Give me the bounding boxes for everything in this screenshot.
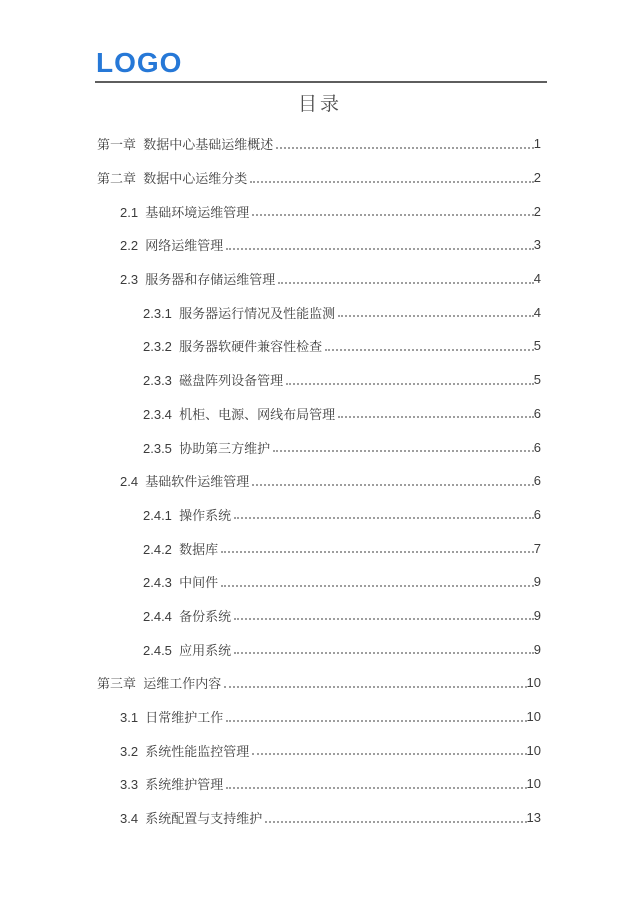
- toc-list: 第一章 数据中心基础运维概述 1 第二章 数据中心运维分类 2 2.1 基础环境…: [97, 127, 541, 834]
- toc-entry-page: 2: [534, 204, 541, 219]
- toc-dot-leader: [273, 450, 534, 452]
- toc-dot-leader: [234, 517, 534, 519]
- toc-entry-label: 2.3.1 服务器运行情况及性能监测: [143, 303, 335, 322]
- toc-entry-label: 3.1 日常维护工作: [120, 707, 223, 726]
- toc-entry-page: 1: [534, 136, 541, 151]
- toc-entry: 2.3 服务器和存储运维管理 4: [97, 262, 541, 296]
- toc-entry-page: 13: [527, 810, 541, 825]
- toc-entry-label: 2.3.3 磁盘阵列设备管理: [143, 370, 283, 389]
- toc-entry: 3.3 系统维护管理 10: [97, 767, 541, 801]
- toc-dot-leader: [250, 181, 534, 183]
- toc-entry-label: 第三章 运维工作内容: [97, 673, 221, 692]
- toc-entry-label: 3.3 系统维护管理: [120, 774, 223, 793]
- toc-entry-label: 第二章 数据中心运维分类: [97, 168, 247, 187]
- toc-entry: 2.3.2 服务器软硬件兼容性检查 5: [97, 329, 541, 363]
- toc-entry-label: 2.3.4 机柜、电源、网线布局管理: [143, 404, 335, 423]
- toc-entry-page: 10: [527, 675, 541, 690]
- toc-entry: 2.3.1 服务器运行情况及性能监测 4: [97, 295, 541, 329]
- toc-dot-leader: [276, 147, 534, 149]
- toc-entry: 2.4 基础软件运维管理 6: [97, 464, 541, 498]
- toc-dot-leader: [338, 315, 534, 317]
- toc-entry-page: 10: [527, 709, 541, 724]
- toc-entry: 3.4 系统配置与支持维护 13: [97, 801, 541, 835]
- toc-entry: 2.4.4 备份系统 9: [97, 599, 541, 633]
- toc-entry: 2.3.5 协助第三方维护 6: [97, 430, 541, 464]
- toc-entry: 2.4.2 数据库 7: [97, 531, 541, 565]
- toc-entry: 2.4.5 应用系统 9: [97, 632, 541, 666]
- toc-dot-leader: [338, 416, 534, 418]
- document-header: LOGO: [95, 48, 547, 84]
- toc-dot-leader: [234, 618, 534, 620]
- toc-entry-label: 2.2 网络运维管理: [120, 235, 223, 254]
- toc-entry: 2.3.4 机柜、电源、网线布局管理 6: [97, 397, 541, 431]
- toc-entry-label: 3.2 系统性能监控管理: [120, 741, 249, 760]
- toc-entry-page: 2: [534, 170, 541, 185]
- toc-entry-page: 4: [534, 305, 541, 320]
- document-page: LOGO 目录 第一章 数据中心基础运维概述 1 第二章 数据中心运维分类 2 …: [0, 0, 640, 906]
- toc-dot-leader: [325, 349, 534, 351]
- toc-entry: 第二章 数据中心运维分类 2: [97, 161, 541, 195]
- toc-entry-label: 2.4.5 应用系统: [143, 640, 231, 659]
- toc-entry-label: 2.4 基础软件运维管理: [120, 471, 249, 490]
- toc-entry-page: 6: [534, 440, 541, 455]
- toc-dot-leader: [278, 282, 533, 284]
- toc-entry-label: 2.4.2 数据库: [143, 539, 218, 558]
- toc-entry: 第一章 数据中心基础运维概述 1: [97, 127, 541, 161]
- toc-entry-page: 3: [534, 237, 541, 252]
- toc-entry-page: 4: [534, 271, 541, 286]
- toc-entry-page: 9: [534, 574, 541, 589]
- toc-entry: 2.4.1 操作系统 6: [97, 498, 541, 532]
- toc-dot-leader: [286, 383, 534, 385]
- toc-entry-page: 6: [534, 473, 541, 488]
- toc-entry: 3.2 系统性能监控管理 10: [97, 733, 541, 767]
- toc-entry-label: 第一章 数据中心基础运维概述: [97, 134, 273, 153]
- toc-entry-page: 9: [534, 608, 541, 623]
- toc-entry: 2.4.3 中间件 9: [97, 565, 541, 599]
- toc-entry-page: 5: [534, 338, 541, 353]
- toc-entry-label: 2.4.3 中间件: [143, 572, 218, 591]
- toc-entry: 2.1 基础环境运维管理 2: [97, 194, 541, 228]
- toc-entry: 2.3.3 磁盘阵列设备管理 5: [97, 363, 541, 397]
- toc-dot-leader: [252, 753, 526, 755]
- toc-dot-leader: [226, 248, 533, 250]
- toc-dot-leader: [224, 686, 526, 688]
- toc-dot-leader: [252, 484, 533, 486]
- toc-entry-label: 2.4.4 备份系统: [143, 606, 231, 625]
- toc-dot-leader: [265, 821, 526, 823]
- toc-entry: 2.2 网络运维管理 3: [97, 228, 541, 262]
- toc-entry-page: 7: [534, 541, 541, 556]
- toc-dot-leader: [226, 787, 526, 789]
- toc-title: 目录: [0, 92, 640, 118]
- toc-entry-label: 2.1 基础环境运维管理: [120, 202, 249, 221]
- toc-entry-label: 2.3.5 协助第三方维护: [143, 438, 270, 457]
- toc-entry-page: 10: [527, 776, 541, 791]
- toc-entry-page: 6: [534, 406, 541, 421]
- toc-entry-label: 3.4 系统配置与支持维护: [120, 808, 262, 827]
- toc-entry-label: 2.4.1 操作系统: [143, 505, 231, 524]
- toc-dot-leader: [221, 585, 534, 587]
- header-rule: [95, 81, 547, 83]
- toc-entry-label: 2.3.2 服务器软硬件兼容性检查: [143, 336, 322, 355]
- toc-entry: 3.1 日常维护工作 10: [97, 700, 541, 734]
- toc-dot-leader: [221, 551, 534, 553]
- toc-entry-page: 5: [534, 372, 541, 387]
- logo: LOGO: [96, 48, 182, 78]
- toc-entry-page: 10: [527, 743, 541, 758]
- toc-entry-label: 2.3 服务器和存储运维管理: [120, 269, 275, 288]
- toc-dot-leader: [252, 214, 533, 216]
- toc-entry-page: 6: [534, 507, 541, 522]
- toc-dot-leader: [234, 652, 534, 654]
- toc-entry-page: 9: [534, 642, 541, 657]
- toc-dot-leader: [226, 720, 526, 722]
- toc-entry: 第三章 运维工作内容 10: [97, 666, 541, 700]
